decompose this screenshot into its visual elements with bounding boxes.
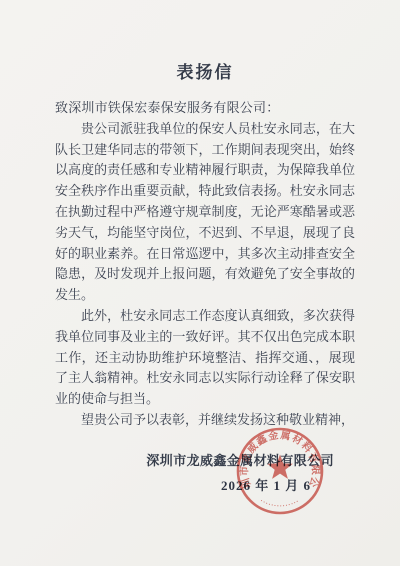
letter-title: 表扬信: [55, 62, 355, 84]
seal-serial-number: ••••••••••••••: [260, 498, 301, 508]
seal-star-icon: [267, 455, 293, 479]
letter-paragraph: 此外，杜安永同志工作态度认真细致，多次获得我单位同事及业主的一致好评。其不仅出色…: [55, 306, 355, 410]
company-seal: 深圳市龙威鑫金属材料有限公司 ••••••••••••••: [228, 419, 332, 523]
svg-text:••••••••••••••: ••••••••••••••: [260, 498, 301, 508]
letter-body: 贵公司派驻我单位的保安人员杜安永同志，在大队长卫建华同志的带领下，工作期间表现突…: [55, 119, 355, 431]
letter-salutation: 致深圳市铁保宏泰保安服务有限公司：: [55, 98, 355, 119]
letter-paragraph: 贵公司派驻我单位的保安人员杜安永同志，在大队长卫建华同志的带领下，工作期间表现突…: [55, 119, 355, 306]
scanned-letter-page: 表扬信 致深圳市铁保宏泰保安服务有限公司： 贵公司派驻我单位的保安人员杜安永同志…: [0, 0, 400, 566]
